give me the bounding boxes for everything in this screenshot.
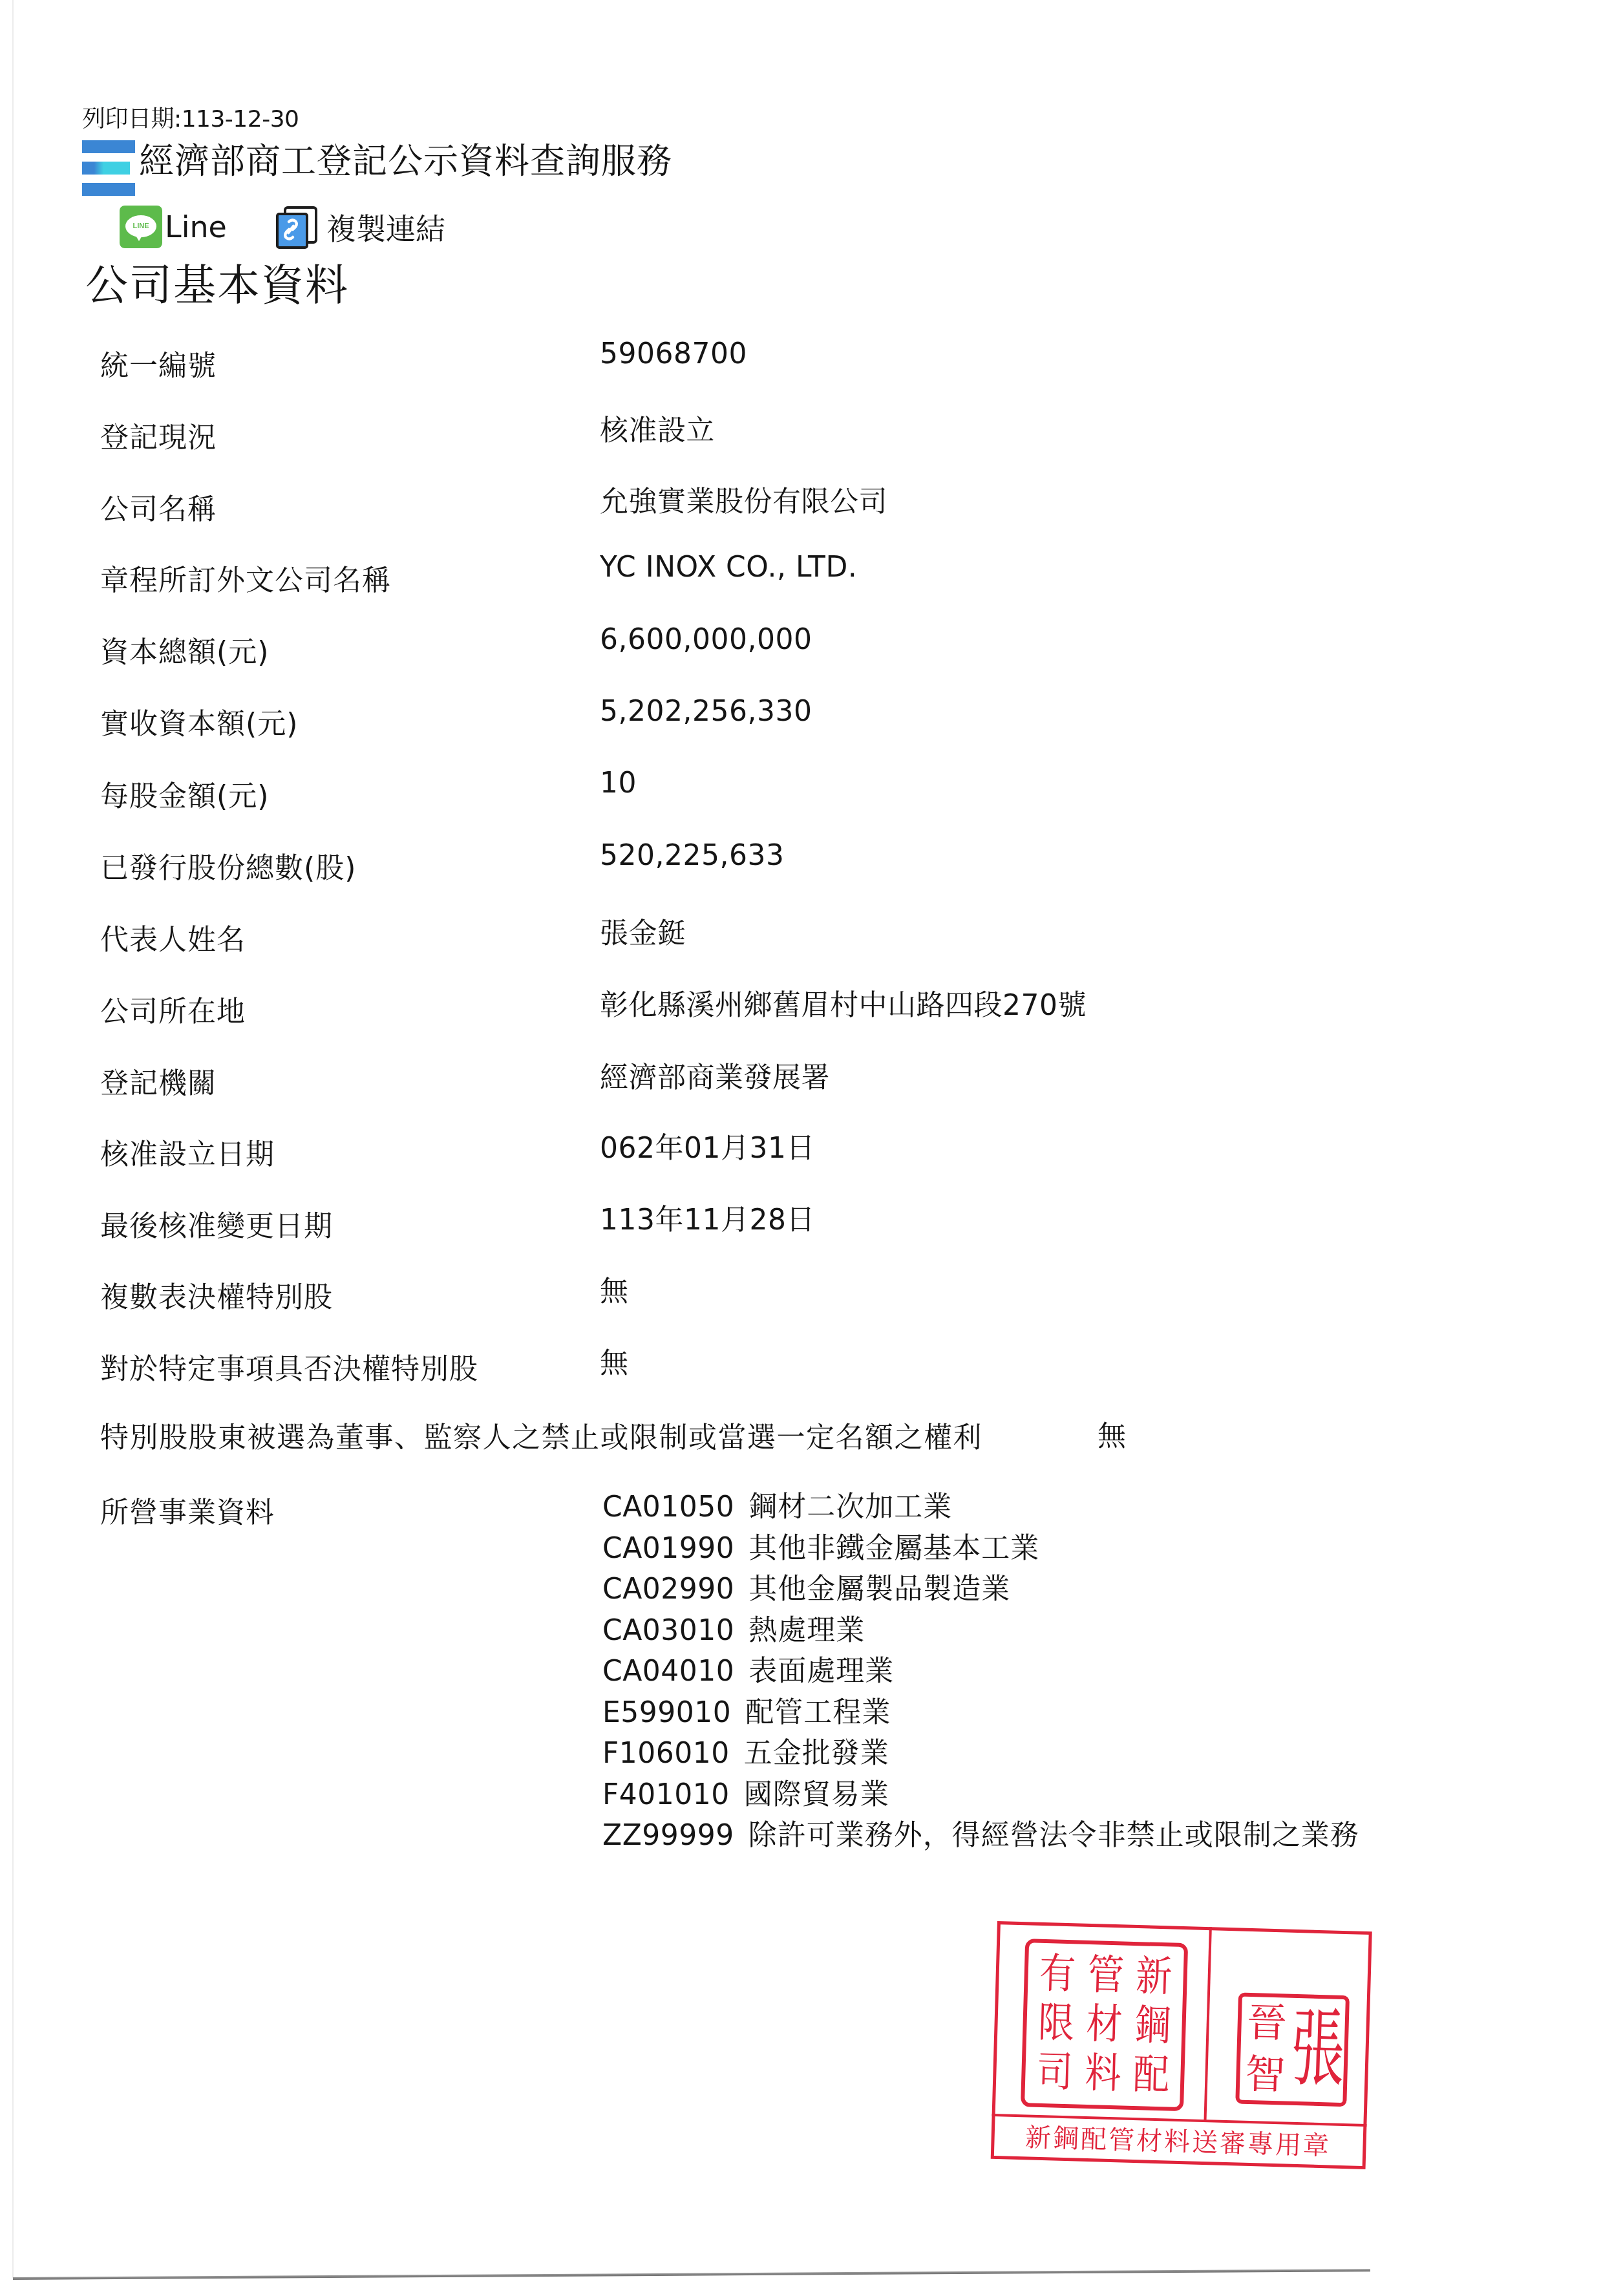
business-code: ZZ99999 (602, 1815, 734, 1856)
business-items-list: CA01050鋼材二次加工業 CA01990其他非鐵金屬基本工業 CA02990… (602, 1487, 1359, 1856)
line-bubble-tail (135, 235, 143, 241)
business-code: CA02990 (602, 1569, 734, 1610)
copy-link-icon[interactable] (276, 206, 315, 248)
line-share-link[interactable]: Line (165, 209, 227, 244)
company-seal: 新 鋼 配 管 材 料 有 限 司 (1021, 1939, 1188, 2111)
field-label-veto-shares: 對於特定事項具否決權特別股 (100, 1346, 478, 1387)
logo-bar-middle (82, 162, 130, 175)
field-value-registration-status: 核准設立 (600, 407, 715, 449)
business-desc: 鋼材二次加工業 (748, 1491, 952, 1524)
field-value-last-change-date: 113年11月28日 (600, 1196, 815, 1238)
business-item: ZZ99999除許可業務外，得經營法令非禁止或限制之業務 (602, 1815, 1359, 1856)
seal-char: 司 (1030, 2044, 1079, 2101)
business-desc: 其他非鐵金屬基本工業 (748, 1532, 1039, 1565)
personal-seal: 張 晉 智 (1235, 1992, 1350, 2107)
field-value-veto-shares: 無 (600, 1340, 629, 1381)
field-label-total-capital: 資本總額(元) (100, 629, 269, 670)
business-item: CA03010熱處理業 (602, 1610, 1359, 1652)
field-value-multiple-voting-shares: 無 (600, 1268, 629, 1310)
field-value-registration-authority: 經濟部商業發展署 (600, 1054, 830, 1096)
seal-char-given-1: 晉 (1241, 1997, 1293, 2050)
field-label-registration-status: 登記現況 (100, 414, 217, 456)
business-item: E599010配管工程業 (602, 1692, 1359, 1734)
business-code: CA01990 (602, 1528, 734, 1569)
business-item: CA01050鋼材二次加工業 (602, 1487, 1359, 1528)
chain-link-icon (280, 218, 302, 241)
business-code: E599010 (602, 1692, 731, 1734)
page-edge-bottom (13, 2269, 1370, 2280)
field-label-unified-number: 統一編號 (100, 343, 217, 384)
field-label-issued-shares: 已發行股份總數(股) (100, 845, 356, 886)
seal-char-given-2: 智 (1239, 2048, 1291, 2101)
field-label-company-name: 公司名稱 (100, 486, 217, 527)
site-logo-icon (82, 140, 135, 196)
field-value-company-name: 允強實業股份有限公司 (600, 478, 887, 520)
field-label-registration-authority: 登記機關 (100, 1060, 217, 1101)
business-desc: 配管工程業 (745, 1696, 891, 1729)
field-value-paid-in-capital: 5,202,256,330 (600, 695, 812, 728)
line-share-icon[interactable]: LINE (120, 206, 162, 248)
business-desc: 表面處理業 (748, 1655, 894, 1688)
business-item: CA01990其他非鐵金屬基本工業 (602, 1528, 1359, 1569)
business-item: F106010五金批發業 (602, 1733, 1359, 1774)
field-label-foreign-name: 章程所訂外文公司名稱 (100, 557, 391, 599)
business-desc: 熱處理業 (748, 1614, 865, 1647)
seal-char: 料 (1078, 2045, 1128, 2103)
business-items-label: 所營事業資料 (100, 1489, 275, 1531)
business-code: CA03010 (602, 1610, 734, 1652)
approval-stamp: 新 鋼 配 管 材 料 有 限 司 張 晉 智 新鋼配管材料送審專用章 (991, 1921, 1372, 2169)
business-code: CA01050 (602, 1487, 734, 1528)
field-value-issued-shares: 520,225,633 (600, 839, 784, 872)
business-code: CA04010 (602, 1651, 734, 1692)
field-label-representative: 代表人姓名 (100, 917, 246, 958)
field-label-multiple-voting-shares: 複數表決權特別股 (100, 1274, 333, 1315)
page-edge-left (12, 0, 14, 2278)
seal-char: 配 (1127, 2046, 1176, 2104)
field-value-par-value: 10 (600, 767, 637, 800)
business-desc: 其他金屬製品製造業 (748, 1573, 1010, 1606)
business-code: F106010 (602, 1733, 730, 1774)
field-value-foreign-name: YC INOX CO., LTD. (600, 551, 857, 584)
field-value-representative: 張金鋌 (600, 910, 686, 951)
logo-bar-top (82, 140, 135, 153)
business-code: F401010 (602, 1774, 730, 1816)
section-title: 公司基本資料 (85, 251, 349, 312)
field-value-total-capital: 6,600,000,000 (600, 623, 812, 656)
field-value-establishment-date: 062年01月31日 (600, 1125, 815, 1166)
share-row: LINE Line 複製連結 (120, 204, 445, 250)
site-title: 經濟部商工登記公示資料查詢服務 (139, 134, 672, 184)
logo-bar-bottom (82, 183, 135, 196)
seal-char-surname: 張 (1289, 1967, 1346, 2134)
field-value-address: 彰化縣溪州鄉舊眉村中山路四段270號 (600, 982, 1087, 1023)
line-bubble-text: LINE (125, 215, 156, 237)
field-label-paid-in-capital: 實收資本額(元) (100, 701, 298, 742)
field-label-last-change-date: 最後核准變更日期 (100, 1203, 333, 1244)
business-item: F401010國際貿易業 (602, 1774, 1359, 1816)
business-item: CA02990其他金屬製品製造業 (602, 1569, 1359, 1610)
field-value-special-shareholder-rights: 無 (1098, 1413, 1126, 1454)
business-desc: 國際貿易業 (744, 1778, 889, 1811)
field-label-special-shareholder-rights: 特別股股東被選為董事、監察人之禁止或限制或當選一定名額之權利 (100, 1414, 982, 1456)
business-desc: 五金批發業 (744, 1737, 889, 1770)
business-desc: 除許可業務外，得經營法令非禁止或限制之業務 (748, 1819, 1359, 1852)
print-date: 列印日期:113-12-30 (82, 101, 299, 134)
field-label-par-value: 每股金額(元) (100, 773, 269, 814)
field-label-establishment-date: 核准設立日期 (100, 1131, 275, 1173)
business-item: CA04010表面處理業 (602, 1651, 1359, 1692)
field-label-address: 公司所在地 (100, 988, 246, 1030)
field-value-unified-number: 59068700 (600, 337, 747, 370)
copy-link-button[interactable]: 複製連結 (326, 206, 445, 248)
